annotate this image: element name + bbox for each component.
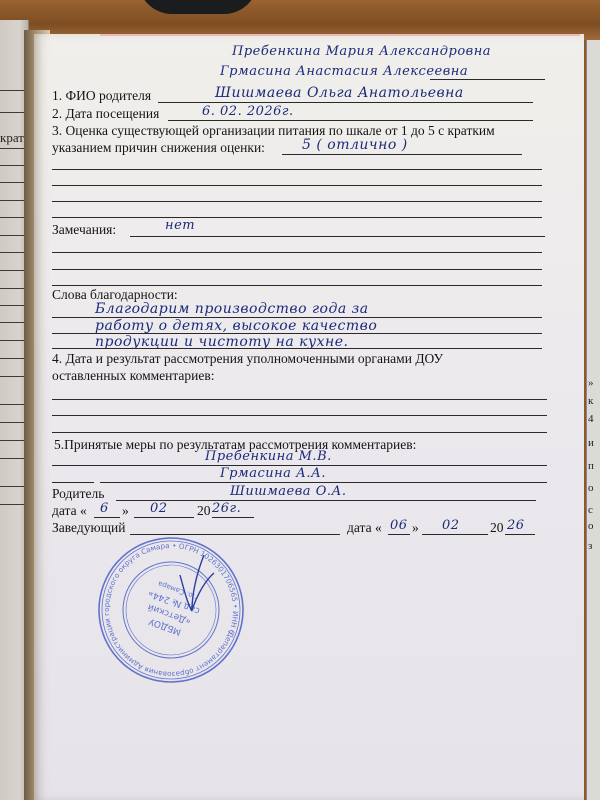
remarks-label: Замечания: — [52, 222, 116, 238]
date-day: 6 — [100, 501, 109, 516]
signature-2: Грмасина А.А. — [220, 466, 326, 481]
handwritten-signer-2: Грмасина Анастасия Алексеевна — [220, 64, 468, 79]
rating-label-line1: 3. Оценка существующей организации питан… — [52, 123, 495, 139]
handwritten-signer-1: Пребенкина Мария Александровна — [232, 44, 491, 59]
head-date-day: 06 — [390, 518, 408, 533]
visit-date-label: 2. Дата посещения — [52, 106, 159, 122]
head-date-year: 26 — [507, 518, 525, 533]
review-label-line1: 4. Дата и результат рассмотрения уполном… — [52, 351, 443, 367]
page-edge — [100, 34, 580, 36]
head-label: Заведующий — [52, 520, 125, 536]
thanks-line-2: работу о детях, высокое качество — [95, 318, 377, 334]
signature-3: Шишмаева О.А. — [230, 484, 346, 499]
right-adjacent-page: » к 4 и п о с о з — [586, 40, 600, 800]
thanks-line-1: Благодарим производство года за — [95, 301, 369, 317]
date-month: 02 — [150, 501, 168, 516]
parent-name-label: 1. ФИО родителя — [52, 88, 151, 104]
parent-name-value: Шишмаева Ольга Анатольевна — [215, 85, 464, 101]
date-label: дата « — [52, 503, 87, 518]
signature-1: Пребенкина М.В. — [205, 449, 332, 464]
review-label-line2: оставленных комментариев: — [52, 368, 215, 384]
head-date-month: 02 — [442, 518, 460, 533]
date-year: 26г. — [212, 501, 241, 516]
official-stamp: Департамент образования Администрации го… — [96, 535, 246, 685]
visit-date-value: 6. 02. 2026г. — [202, 104, 294, 119]
head-date-label: дата « — [347, 520, 382, 536]
rating-value: 5 ( отлично ) — [302, 137, 408, 153]
parent-label: Родитель — [52, 486, 104, 502]
left-page-fragment: крат — [0, 130, 24, 146]
rating-label-line2: указанием причин снижения оценки: — [52, 140, 265, 156]
remarks-value: нет — [165, 218, 195, 233]
